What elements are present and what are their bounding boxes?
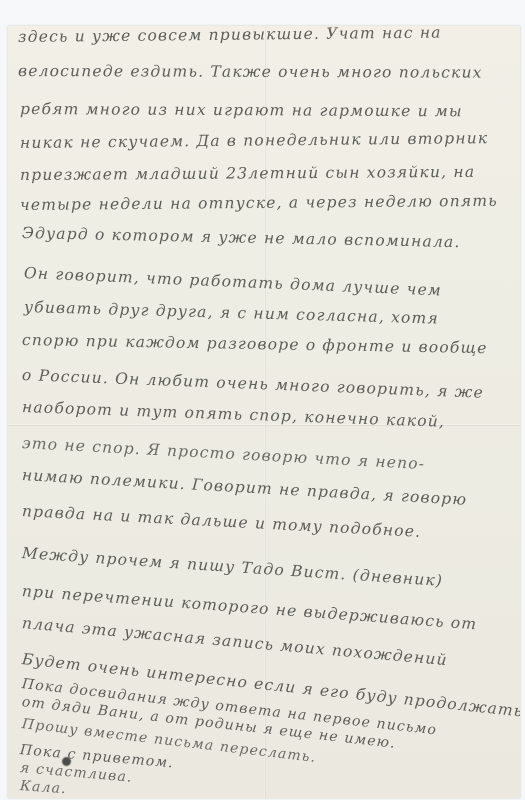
letter-line-14: нимаю полемики. Говорит не правда, я гов… [21,466,467,509]
letter-line-7: Эдуард о котором я уже не мало вспоминал… [22,224,461,251]
letter-line-10: спорю при каждом разговоре о фронте и во… [22,331,488,357]
letter-line-6: четыре недели на отпуске, а через неделю… [20,192,498,214]
letter-line-9: убивать друг друга, я с ним согласна, хо… [24,298,439,328]
letter-line-3: ребят много из них играют на гармошке и … [20,100,463,120]
letter-page: здесь и уже совсем привыкшие. Учат нас н… [8,26,520,798]
letter-line-4: никак не скучаем. Да в понедельник или в… [20,129,489,152]
letter-line-15: правда на и так дальше и тому подобное. [22,502,422,541]
letter-line-1: здесь и уже совсем привыкшие. Учат нас н… [18,26,442,46]
letter-line-8: Он говорит, что работать дома лучше чем [24,264,443,300]
letter-line-5: приезжает младший 23летний сын хозяйки, … [20,163,475,184]
letter-line-13: это не спор. Я просто говорю что я непо- [22,434,426,473]
letter-line-11: о России. Он любит очень много говорить,… [22,366,485,402]
ink-blot [62,757,71,766]
letter-line-2: велосипеде ездить. Также очень много пол… [18,62,483,82]
letter-signature: Кала. [19,778,67,797]
letter-line-16: Между прочем я пишу Тадо Вист. (дневник) [21,544,443,590]
